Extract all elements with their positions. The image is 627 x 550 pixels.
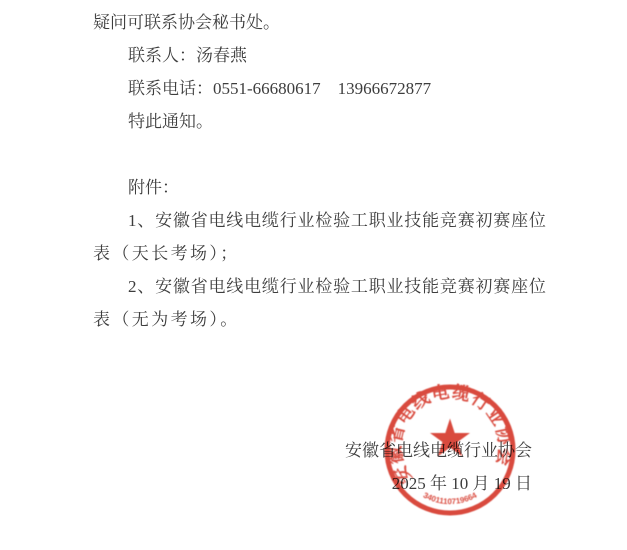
- doc-line-attachment-1: 1、安徽省电线电缆行业检验工职业技能竞赛初赛座位: [93, 204, 553, 237]
- blank-line: [93, 138, 553, 171]
- signature-block: 安徽省电线电缆行业协会 2025 年 10 月 19 日: [345, 434, 532, 500]
- doc-line-notice: 特此通知。: [93, 105, 553, 138]
- doc-line-contact-phone: 联系电话：0551-66680617 13966672877: [93, 72, 553, 105]
- signature-date: 2025 年 10 月 19 日: [345, 467, 532, 500]
- document-page: 疑问可联系协会秘书处。 联系人：汤春燕 联系电话：0551-66680617 1…: [0, 0, 627, 550]
- doc-line-attachment-2-cont: 表（无为考场）。: [93, 303, 553, 336]
- signature-org: 安徽省电线电缆行业协会: [345, 434, 532, 467]
- doc-line-attachments-heading: 附件：: [93, 171, 553, 204]
- doc-line-attachment-1-cont: 表（天长考场）；: [93, 237, 553, 270]
- document-body: 疑问可联系协会秘书处。 联系人：汤春燕 联系电话：0551-66680617 1…: [93, 6, 553, 336]
- doc-line-contact-person: 联系人：汤春燕: [93, 39, 553, 72]
- doc-line-attachment-2: 2、安徽省电线电缆行业检验工职业技能竞赛初赛座位: [93, 270, 553, 303]
- doc-line: 疑问可联系协会秘书处。: [93, 6, 553, 39]
